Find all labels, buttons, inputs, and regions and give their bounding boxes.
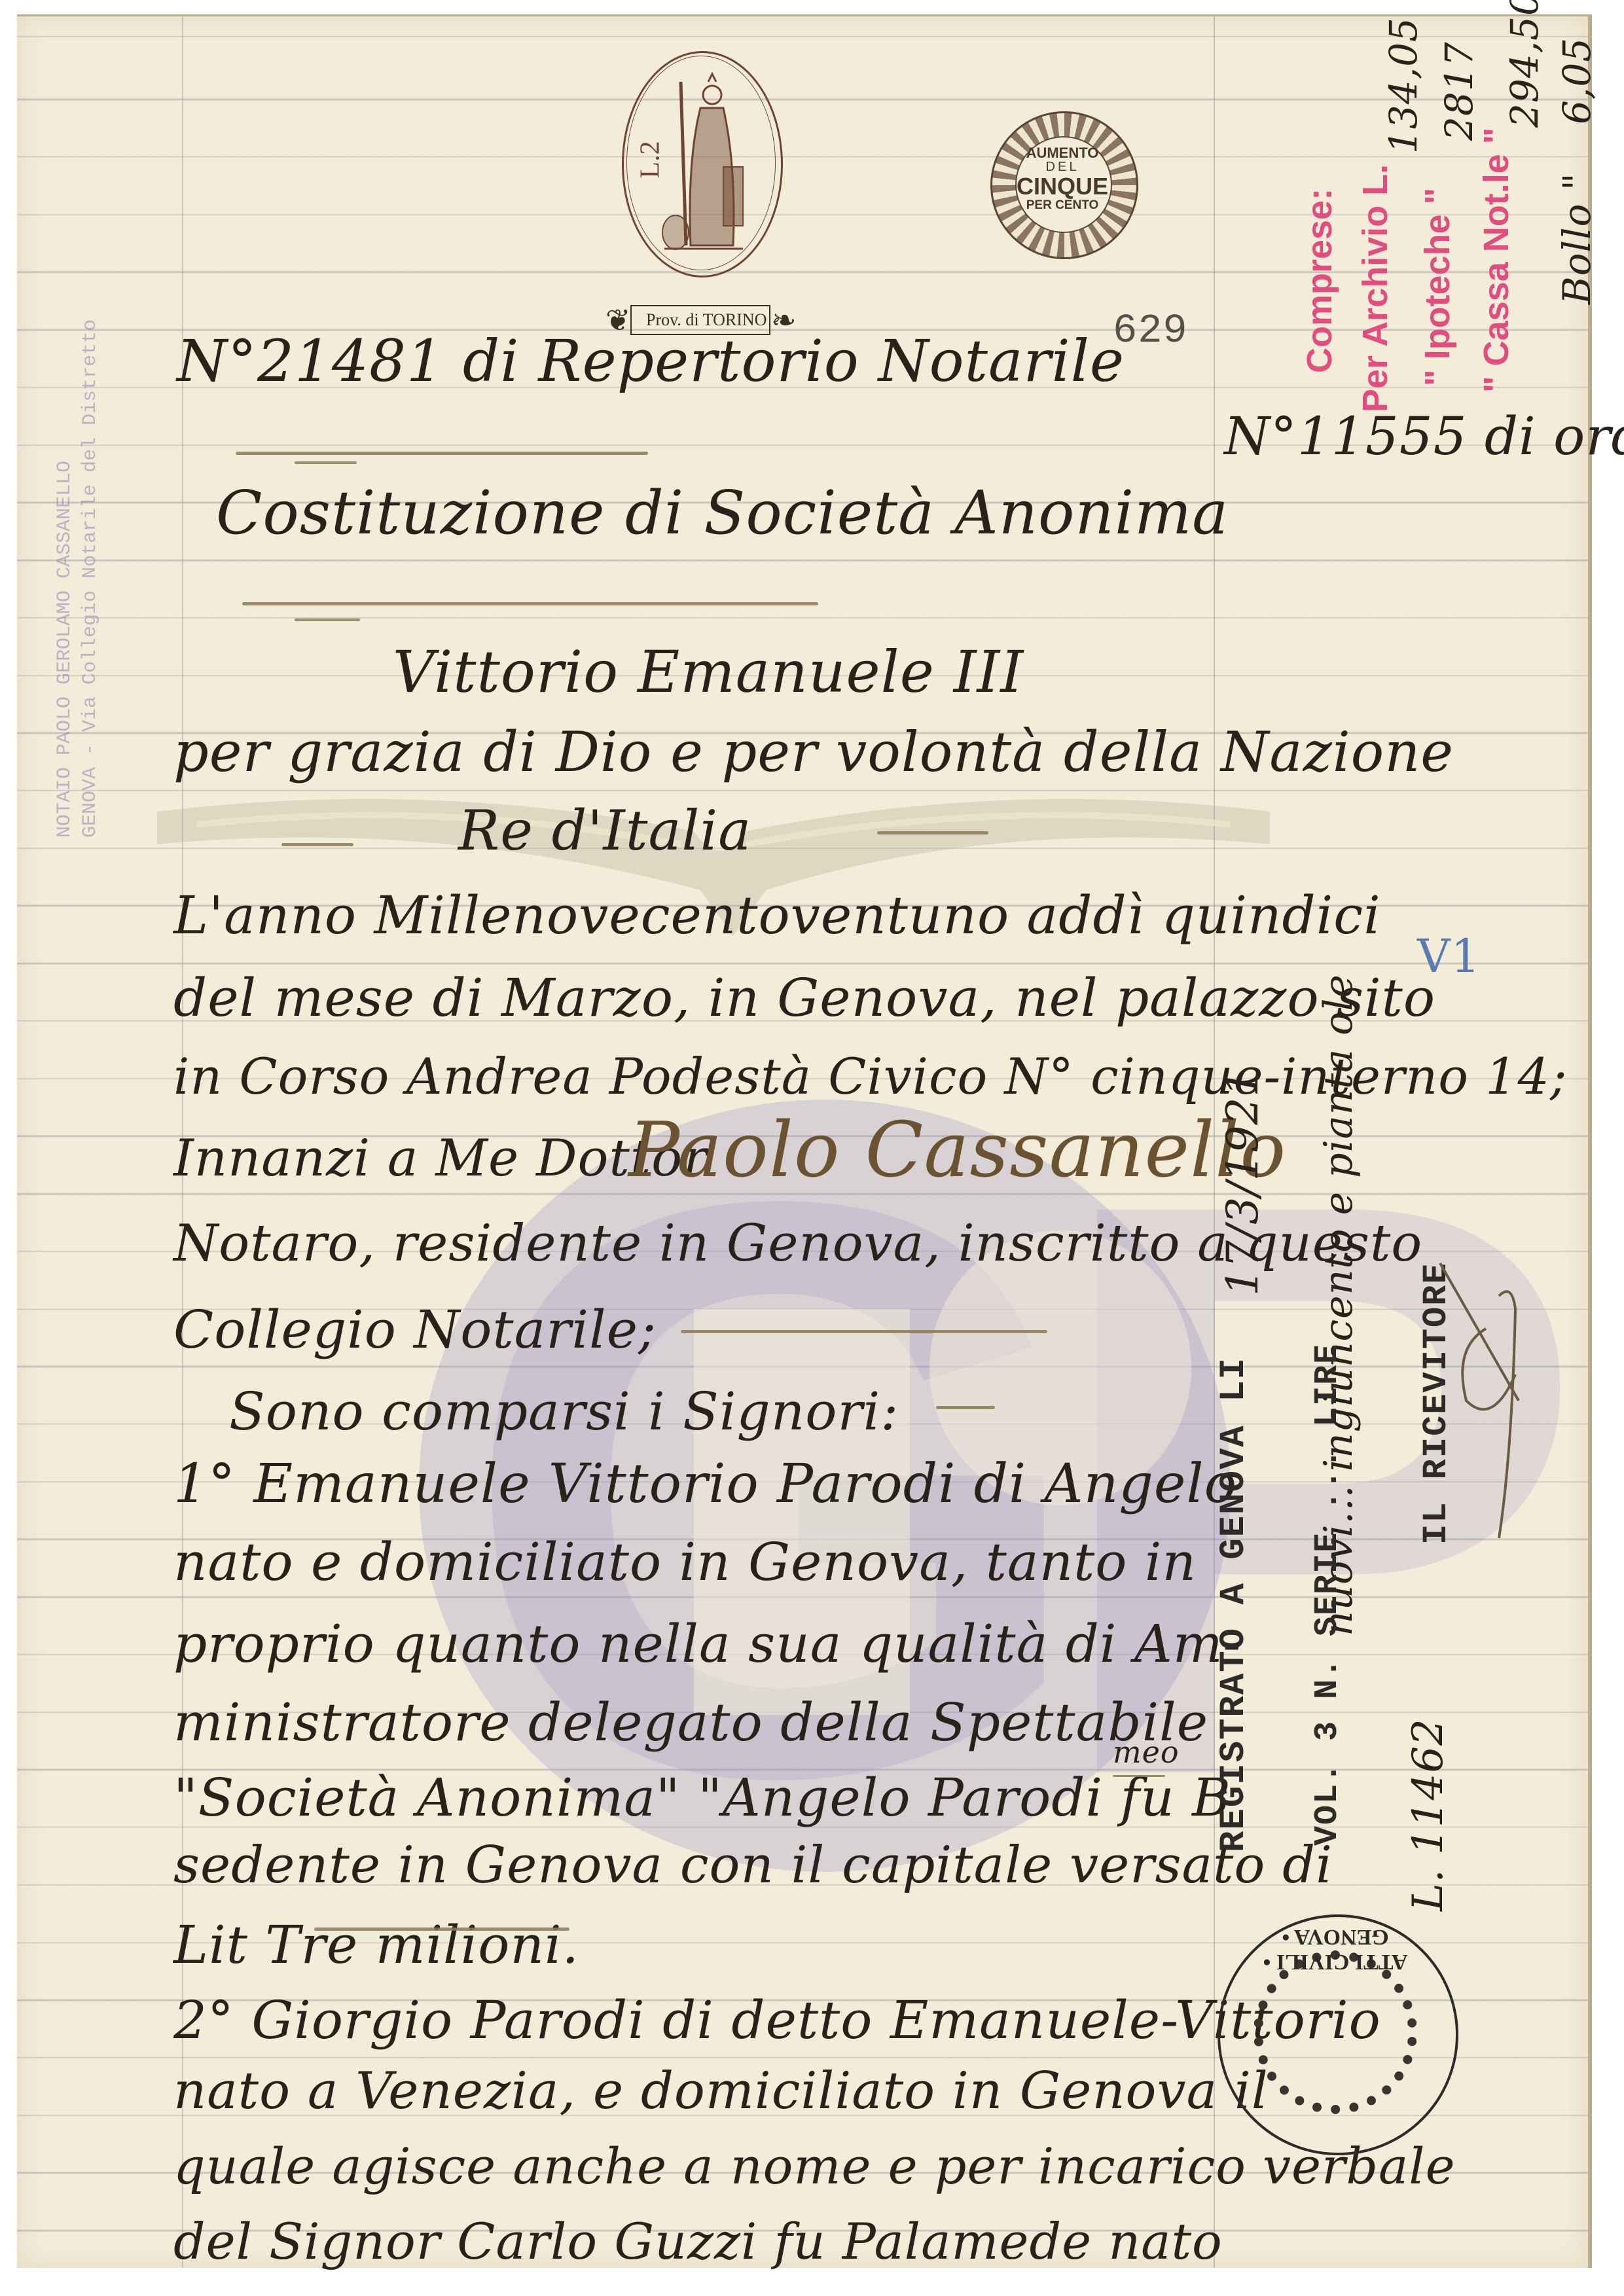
body-line-1: L'anno Millenovecentoventuno addì quindi… (173, 885, 1381, 946)
margin-date-note: 17/3/1921 (1218, 1069, 1268, 1296)
body-line-11: ministratore delegato della Spettabile (173, 1692, 1208, 1753)
divider-rule (236, 452, 648, 455)
surcharge-line-2: DEL (1015, 160, 1110, 174)
tax-value-cassa: 294,50 (1502, 0, 1547, 128)
body-line-12: "Società Anonima" "Angelo Parodi fu B (173, 1767, 1231, 1828)
stamp-value-label: L.2 (635, 141, 666, 178)
tax-stamp-row-archivio: Per Archivio L. (1355, 164, 1396, 412)
registration-amount: L. 11462 (1404, 1718, 1453, 1911)
kingdom-title: Re d'Italia (458, 798, 751, 863)
tax-stamp-row-ipoteche: " Ipoteche " (1417, 188, 1458, 386)
atti-civili-stamp-text: ATTI CIVILI • GENOVA • (1231, 1924, 1440, 1974)
royal-formula: per grazia di Dio e per volontà della Na… (173, 720, 1454, 784)
body-line-13: sedente in Genova con il capitale versat… (173, 1836, 1333, 1895)
body-line-9: nato e domiciliato in Genova, tanto in (173, 1532, 1197, 1592)
ordine-number: N°11555 di ordine (1224, 406, 1624, 467)
body-line-16: nato a Venezia, e domiciliato in Genova … (173, 2062, 1269, 2121)
left-margin-notary-stamp: NOTAIO PAOLO GEROLAMO CASSANELLO GENOVA … (52, 319, 103, 838)
tax-value-bollo: Bollo " (1555, 172, 1599, 304)
tax-value-bollo-amount: 6,05 (1555, 37, 1599, 124)
surcharge-line-4: PER CENTO (1015, 199, 1110, 212)
left-stamp-line-2: GENOVA - Via Collegio Notarile del Distr… (78, 319, 103, 838)
surcharge-line-1: AUMENTO (1015, 145, 1110, 160)
tax-value-archivio: 134,05 (1381, 17, 1426, 154)
receiver-signature-icon (1427, 1257, 1532, 1545)
tax-value-ipoteche: 2817 (1437, 41, 1481, 141)
blue-pencil-mark: V1 (1417, 929, 1481, 983)
divider-rule (281, 843, 353, 846)
divider-rule (681, 1330, 1047, 1333)
divider-rule (936, 1406, 995, 1409)
body-line-15: 2° Giorgio Parodi di detto Emanuele-Vitt… (173, 1990, 1381, 2051)
tax-stamp-row-cassa: " Cassa Not.le " (1476, 128, 1517, 393)
deed-title: Costituzione di Società Anonima (216, 478, 1229, 548)
body-line-2: del mese di Marzo, in Genova, nel palazz… (173, 967, 1435, 1028)
atti-civili-stamp-inner-ring (1254, 1950, 1417, 2114)
body-line-10: proprio quanto nella sua qualità di Am- (173, 1613, 1242, 1674)
surcharge-stamp-text: AUMENTO DEL CINQUE PER CENTO (1015, 145, 1110, 212)
surcharge-line-3: CINQUE (1015, 174, 1110, 199)
repertorio-number: N°21481 di Repertorio Notarile (177, 327, 1125, 395)
body-line-4: Innanzi a Me Dottor (173, 1129, 708, 1188)
body-line-14: Lit Tre milioni. (173, 1914, 579, 1975)
volume-stamp: VOL. 3 N. SERIE ... LIRE (1309, 1343, 1346, 1846)
superscript-underline (1113, 1775, 1165, 1777)
body-line-6: Collegio Notarile; (173, 1299, 657, 1360)
king-name: Vittorio Emanuele III (393, 638, 1024, 706)
superscript-meo: meo (1113, 1734, 1180, 1770)
divider-rule-short (295, 461, 357, 464)
registration-stamp: REGISTRATO A GENOVA LI (1214, 1357, 1254, 1852)
divider-rule (314, 1928, 569, 1931)
body-line-18: del Signor Carlo Guzzi fu Palamede nato (173, 2212, 1223, 2270)
notary-name: Paolo Cassanello (628, 1106, 1286, 1194)
left-stamp-line-1: NOTAIO PAOLO GEROLAMO CASSANELLO (52, 319, 78, 838)
tax-stamp-title: Comprese: (1299, 188, 1340, 373)
body-line-17: quale agisce anche a nome e per incarico… (173, 2137, 1456, 2195)
divider-rule (877, 831, 988, 834)
divider-rule-short (295, 619, 360, 621)
italia-turrita-figure-icon (661, 69, 746, 259)
body-line-8: 1° Emanuele Vittorio Parodi di Angelo (173, 1453, 1237, 1515)
divider-rule (242, 602, 818, 605)
body-line-7: Sono comparsi i Signori: (229, 1381, 899, 1442)
